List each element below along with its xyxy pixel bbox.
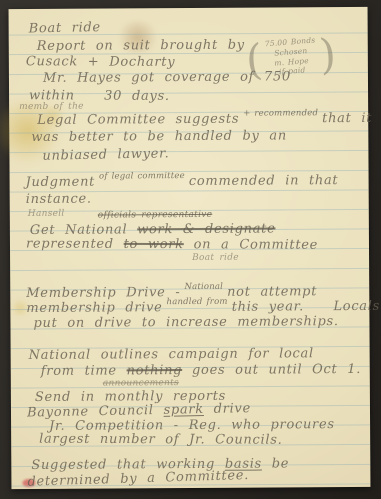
note-insertion: memb of the: [19, 102, 84, 112]
line-text: announcements: [103, 378, 179, 388]
paren-close-glyph: ): [318, 35, 338, 74]
line-text: Legal Committee suggests: [37, 112, 239, 128]
line-text: largest number of Jr. Councils.: [39, 432, 282, 448]
note-line: Judgmentof legal committeecommended in t…: [26, 173, 339, 190]
line-text: Judgment: [26, 175, 96, 190]
ink-layer: Boat ride Report on suit brought by Cusa…: [9, 7, 371, 489]
line-text: Boat ride: [29, 20, 101, 36]
photo-background: Boat ride Report on suit brought by Cusa…: [0, 0, 381, 499]
inserted-text: handled from: [166, 297, 227, 307]
inserted-text: + recommended: [243, 108, 318, 118]
line-text: from time: [41, 363, 117, 378]
line-text: be: [272, 456, 290, 471]
line-text: Cusack + Docharty: [26, 54, 175, 70]
note-line: represented to work on a Committee: [26, 236, 318, 252]
line-text: unbiased lawyer.: [42, 146, 169, 164]
note-insertion: Hansell: [28, 209, 65, 219]
line-text: Mr. Hayes got coverage of 750: [43, 69, 291, 86]
note-line: largest number of Jr. Councils.: [39, 432, 282, 448]
struck-text: work & designate: [137, 221, 275, 237]
line-text: Hansell: [28, 209, 65, 219]
line-text: drive: [214, 401, 252, 417]
line-text: this year. Locals: [232, 299, 380, 315]
line-text: on a Committee: [194, 237, 319, 253]
struck-text: to work: [124, 237, 184, 252]
note-insertion: Boat ride: [192, 253, 239, 263]
line-text: Report on suit brought by: [37, 38, 245, 54]
line-text: National outlines campaign for local: [29, 346, 314, 363]
line-text: commended in that: [189, 173, 339, 189]
note-insertion-struck: officials representative: [98, 210, 213, 221]
note-line: from time nothing goes out until Oct 1.: [41, 362, 361, 379]
note-line: Report on suit brought by: [37, 38, 245, 54]
line-text: Boat ride: [192, 253, 239, 263]
underlined-text: spark: [163, 402, 204, 418]
line-text: membership drive: [26, 300, 162, 316]
note-line: Boat ride: [29, 20, 101, 36]
line-text: not attempt: [227, 284, 317, 300]
line-text: Membership Drive -: [26, 285, 180, 301]
inserted-text: of legal committee: [99, 171, 185, 182]
note-line: Cusack + Docharty: [26, 54, 175, 70]
line-text: officials representative: [98, 210, 213, 221]
note-line: National outlines campaign for local: [29, 346, 314, 363]
line-text: goes out until Oct 1.: [192, 362, 361, 378]
struck-text: nothing: [127, 363, 183, 378]
note-line: instance.: [26, 192, 92, 207]
note-line: put on drive to increase memberships.: [33, 314, 338, 331]
line-text: instance.: [26, 192, 92, 207]
note-insertion-struck: announcements: [103, 378, 179, 388]
line-text: memb of the: [19, 102, 84, 112]
note-line: Legal Committee suggests+ recommendedtha…: [37, 111, 372, 128]
note-line: was better to be handled by an: [31, 128, 287, 145]
note-paper: Boat ride Report on suit brought by Cusa…: [9, 7, 371, 489]
note-line: Mr. Hayes got coverage of 750: [43, 69, 291, 86]
line-text: represented: [26, 236, 114, 251]
note-line: Get National work & designate: [30, 221, 276, 237]
line-text: put on drive to increase memberships.: [33, 314, 338, 331]
inserted-text: National: [184, 282, 223, 292]
line-text: was better to be handled by an: [31, 128, 287, 145]
note-line: unbiased lawyer.: [42, 146, 169, 164]
line-text: that it: [322, 111, 372, 126]
